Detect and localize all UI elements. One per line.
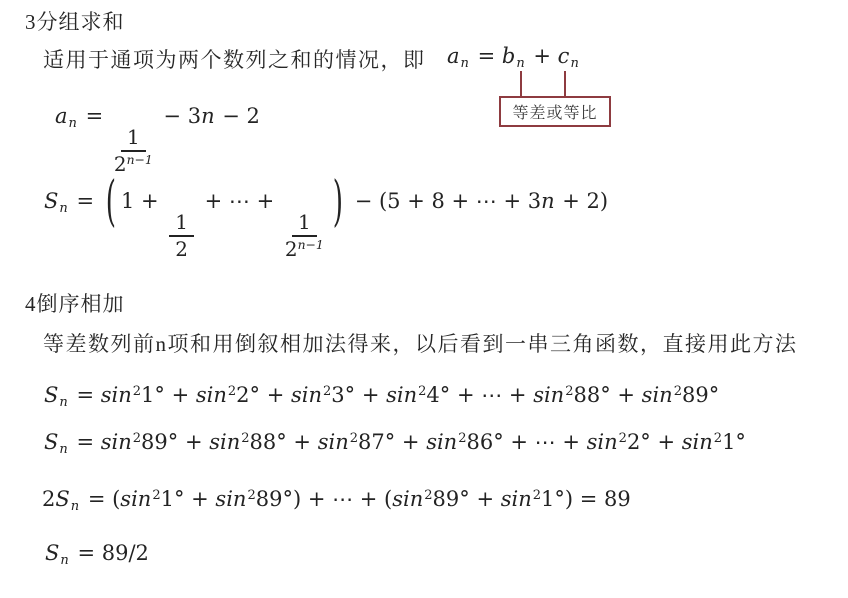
formula-an-bn-cn: an = bn + cn [447, 44, 581, 71]
formula-an-general-term: an = 12n−1 − 3n − 2 [55, 104, 260, 176]
formula-sn-result: Sn = 89/2 [45, 541, 149, 568]
callout-box: 等差或等比 [499, 96, 611, 127]
callout-label: 等差或等比 [512, 100, 597, 123]
notes-page: 3分组求和 适用于通项为两个数列之和的情况，即 an = bn + cn 等差或… [0, 0, 848, 598]
callout-connector-right [564, 71, 566, 98]
section-4-intro-text: 等差数列前n项和用倒叙相加法得来，以后看到一串三角函数，直接用此方法 [43, 328, 798, 358]
formula-sn-grouping: Sn = (1 + 12 + ⋯ + 12n−1) − (5 + 8 + ⋯ +… [44, 188, 608, 261]
formula-2sn-sum: 2Sn = (sin21° + sin289°) + ⋯ + (sin289° … [42, 487, 631, 514]
section-3-heading: 3分组求和 [25, 6, 125, 36]
formula-sin-reverse: Sn = sin289° + sin288° + sin287° + sin28… [44, 430, 746, 457]
section-3-intro-text: 适用于通项为两个数列之和的情况，即 [43, 44, 426, 74]
formula-sin-forward: Sn = sin21° + sin22° + sin23° + sin24° +… [44, 383, 719, 410]
section-4-heading: 4倒序相加 [25, 288, 125, 318]
callout-connector-left [520, 71, 522, 98]
